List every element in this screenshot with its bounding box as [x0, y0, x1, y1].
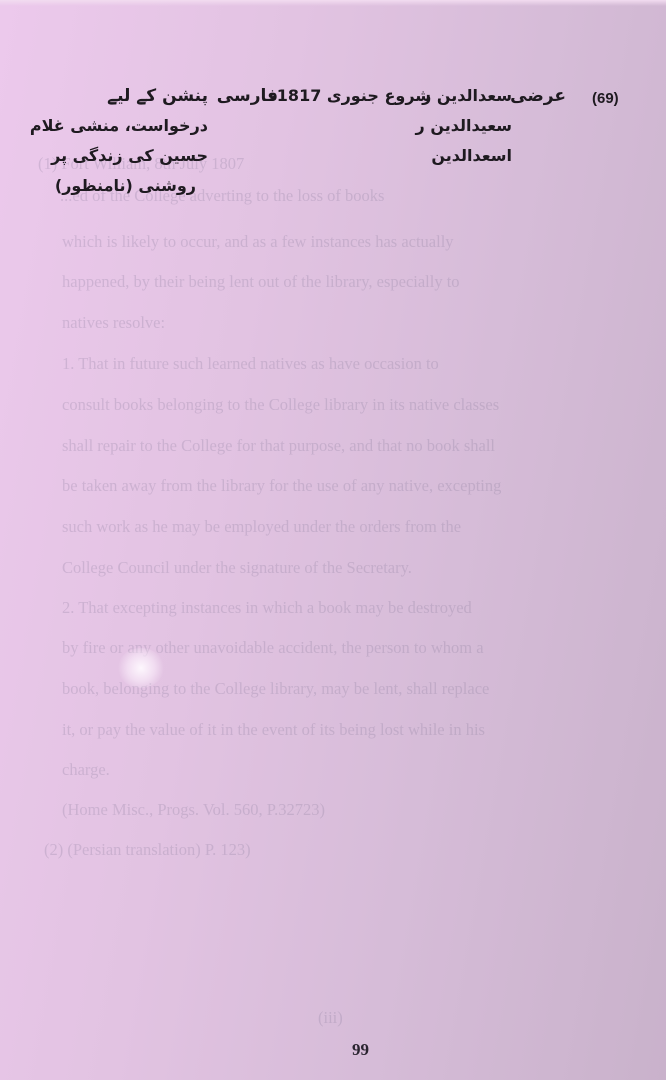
- bleed-line: (Home Misc., Progs. Vol. 560, P.32723): [62, 800, 325, 820]
- bleed-line: which is likely to occur, and as a few i…: [62, 232, 454, 252]
- bleed-line: (2) (Persian translation) P. 123): [44, 840, 251, 860]
- entry-subject-line-3: حسین کی زندگی پر: [51, 148, 208, 164]
- entry-language: فارسی: [217, 88, 278, 105]
- bleed-line: such work as he may be employed under th…: [62, 517, 461, 537]
- bleed-line: be taken away from the library for the u…: [62, 476, 501, 496]
- entry-person-1: سعدالدین ر: [422, 88, 512, 104]
- bleed-line: (iii): [318, 1008, 343, 1028]
- entry-number: (69): [592, 90, 619, 107]
- entry-subject-line-2: درخواست، منشی غلام: [30, 118, 208, 134]
- entry-subject-line-4: روشنی (نامنظور): [55, 178, 196, 194]
- bleed-line: shall repair to the College for that pur…: [62, 436, 495, 456]
- page-top-edge: [0, 0, 666, 6]
- page-number: 99: [352, 1040, 369, 1060]
- entry-person-3: اسعدالدین: [431, 148, 512, 164]
- bleed-line: natives resolve:: [62, 313, 165, 333]
- bleed-line: consult books belonging to the College l…: [62, 395, 499, 415]
- entry-subject-line-1: پنشن کے لیے: [107, 88, 208, 105]
- bleed-line: College Council under the signature of t…: [62, 558, 412, 578]
- bleed-line: charge.: [62, 760, 110, 780]
- bleed-line: happened, by their being lent out of the…: [62, 272, 460, 292]
- entry-person-2: سعیدالدین ر: [416, 118, 512, 134]
- bleed-line: 2. That excepting instances in which a b…: [62, 598, 472, 618]
- entry-type: عرضی: [510, 88, 566, 105]
- bleed-line: 1. That in future such learned natives a…: [62, 354, 439, 374]
- bleed-line: it, or pay the value of it in the event …: [62, 720, 485, 740]
- entry-date: شروع جنوری 1817ء: [269, 88, 431, 104]
- scan-glare: [118, 648, 164, 688]
